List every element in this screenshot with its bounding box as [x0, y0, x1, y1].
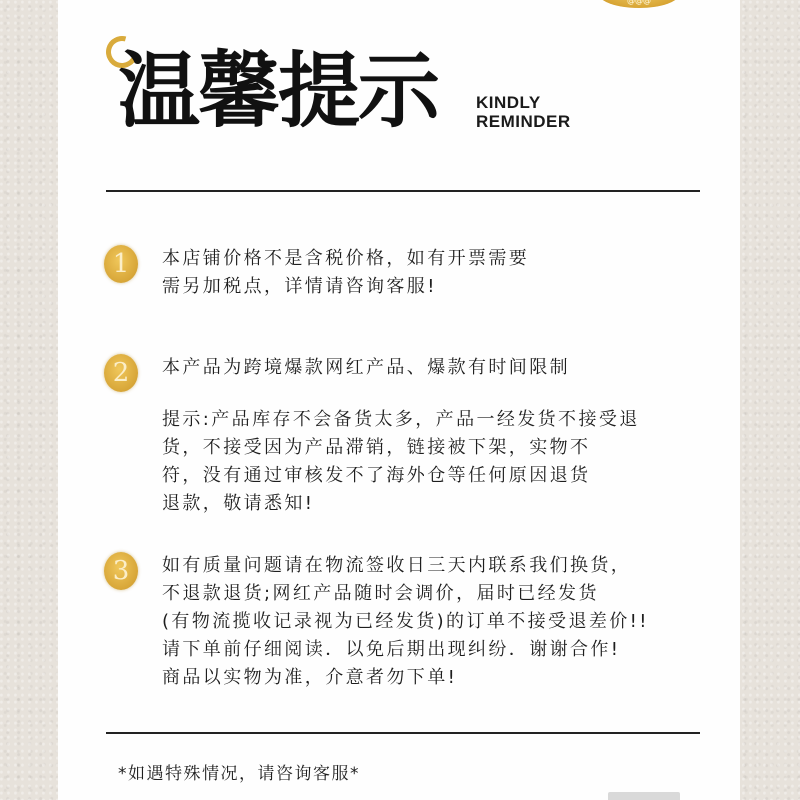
- text-line: 货，不接受因为产品滞销，链接被下架，实物不: [162, 434, 640, 462]
- top-divider: [106, 190, 700, 192]
- text-line: 本产品为跨境爆款网红产品、爆款有时间限制: [162, 354, 640, 382]
- text-line: 如有质量问题请在物流签收日三天内联系我们换货，: [162, 552, 649, 580]
- reminder-text: 本产品为跨境爆款网红产品、爆款有时间限制 提示:产品库存不会备货太多，产品一经发…: [162, 354, 640, 518]
- footer-note: *如遇特殊情况，请咨询客服*: [118, 762, 360, 786]
- text-line: 符，没有通过审核发不了海外仓等任何原因退货: [162, 462, 640, 490]
- text-line: 商品以实物为准，介意者勿下单!: [162, 664, 649, 692]
- text-line: (有物流揽收记录视为已经发货)的订单不接受退差价!!: [162, 608, 649, 636]
- text-line: 不退款退货;网红产品随时会调价，届时已经发货: [162, 580, 649, 608]
- subtitle-line-2: REMINDER: [476, 112, 571, 131]
- text-line: 请下单前仔细阅读．以免后期出现纠纷．谢谢合作!: [162, 636, 649, 664]
- bottom-watermark: [608, 792, 680, 800]
- number-badge-icon: 2: [104, 354, 138, 392]
- page-title: 温馨提示: [118, 44, 438, 140]
- reminder-text: 如有质量问题请在物流签收日三天内联系我们换货， 不退款退货;网红产品随时会调价，…: [162, 552, 649, 692]
- bottom-divider: [106, 732, 700, 734]
- gold-seal-label: @@@: [598, 0, 680, 5]
- text-line: 提示:产品库存不会备货太多，产品一经发货不接受退: [162, 406, 640, 434]
- number-badge-icon: 3: [104, 552, 138, 590]
- text-line: 本店铺价格不是含税价格，如有开票需要: [162, 245, 529, 273]
- text-line: 需另加税点，详情请咨询客服!: [162, 273, 529, 301]
- page-subtitle-en: KINDLY REMINDER: [476, 93, 571, 131]
- number-badge-icon: 1: [104, 245, 138, 283]
- subtitle-line-1: KINDLY: [476, 93, 571, 112]
- reminder-text: 本店铺价格不是含税价格，如有开票需要 需另加税点，详情请咨询客服!: [162, 245, 529, 301]
- text-line: 退款，敬请悉知!: [162, 490, 640, 518]
